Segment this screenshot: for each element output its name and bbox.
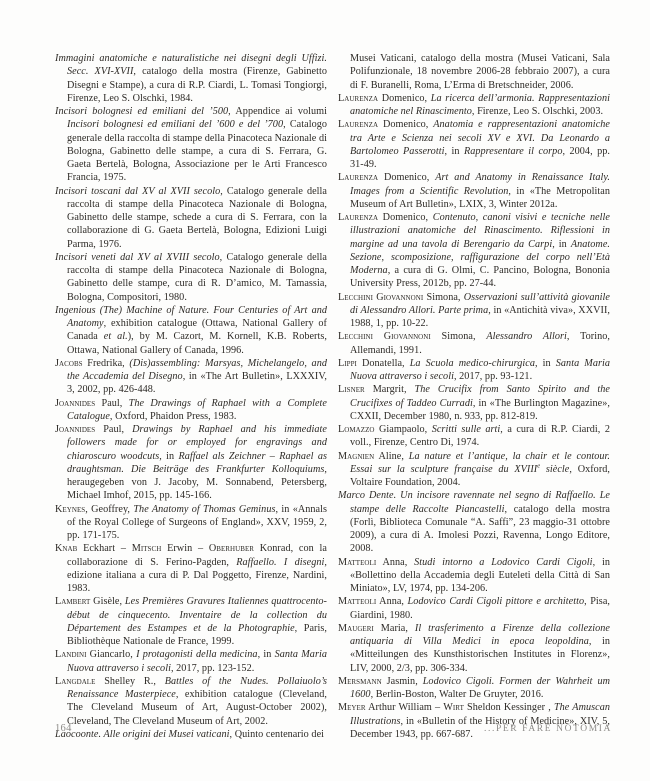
entry-segment: Jasmin, xyxy=(382,676,423,687)
entry-segment: , Oxford, Phaidon Press, 1983. xyxy=(110,411,237,422)
bibliography-entry-continuation: Musei Vaticani, catalogo della mostra (M… xyxy=(338,52,610,92)
entry-segment: Incisori bolognesi ed emiliani del ’500 xyxy=(55,106,228,117)
book-page: Immagini anatomiche e naturalistiche nei… xyxy=(0,0,650,781)
entry-segment: Gisèle, xyxy=(90,596,125,607)
entry-segment: Alessandro Allori xyxy=(486,331,567,342)
bibliography-entry: Immagini anatomiche e naturalistiche nei… xyxy=(55,52,327,105)
bibliography-entry: Matteoli Anna, Studi intorno a Lodovico … xyxy=(338,556,610,596)
bibliography-entry: Lisner Margrit, The Crucifix from Santo … xyxy=(338,383,610,423)
entry-segment: Knab xyxy=(55,543,77,554)
entry-segment: Magnien xyxy=(338,451,374,462)
bibliography-entry: Joannides Paul, Drawings by Raphael and … xyxy=(55,423,327,503)
entry-segment: Eckhart – xyxy=(77,543,131,554)
page-number: 164 xyxy=(55,723,72,734)
entry-segment: Domenico, xyxy=(378,93,431,104)
bibliography-entry: Meyer Arthur William – Wirt Sheldon Kess… xyxy=(338,701,610,741)
bibliography-entry: Laurenza Domenico, Contenuto, canoni vis… xyxy=(338,211,610,291)
entry-segment: Rappresentare il corpo xyxy=(464,146,563,157)
entry-segment: Incisori bolognesi ed emiliani del ’600 … xyxy=(67,119,283,130)
entry-segment: Lecchini Giovannoni xyxy=(338,331,431,342)
entry-segment: Jacobs xyxy=(55,358,83,369)
entry-segment: I protagonisti della medicina xyxy=(136,649,257,660)
bibliography-entry: Lomazzo Giampaolo, Scritti sulle arti, a… xyxy=(338,423,610,450)
entry-segment: Langdale xyxy=(55,676,95,687)
bibliography-entry: Langdale Shelley R., Battles of the Nude… xyxy=(55,675,327,728)
bibliography-entry: Keynes, Geoffrey, The Anatomy of Thomas … xyxy=(55,503,327,543)
bibliography-entry: Magnien Aline, La nature et l’antique, l… xyxy=(338,450,610,490)
entry-segment: , 2017, pp. 123-152. xyxy=(171,663,254,674)
entry-segment: , in xyxy=(552,239,571,250)
entry-segment: Shelley R., xyxy=(95,676,164,687)
bibliography-entry: Lippi Donatella, La Scuola medico-chirur… xyxy=(338,357,610,384)
entry-segment: , in xyxy=(535,358,556,369)
entry-segment: Mitsch xyxy=(132,543,162,554)
bibliography-entry: Incisori toscani dal XV al XVII secolo, … xyxy=(55,185,327,251)
entry-segment: Domenico, xyxy=(378,212,433,223)
entry-segment: Sheldon Kessinger , xyxy=(464,702,554,713)
running-title: ...per fare notomia xyxy=(484,724,612,734)
bibliography-entry: Matteoli Anna, Lodovico Cardi Cigoli pit… xyxy=(338,595,610,622)
bibliography-entry: Landini Giancarlo, I protagonisti della … xyxy=(55,648,327,675)
entry-segment: Joannides xyxy=(55,424,95,435)
bibliography-entry: Incisori bolognesi ed emiliani del ’500,… xyxy=(55,105,327,185)
entry-segment: siècle xyxy=(540,464,569,475)
entry-segment: Lisner xyxy=(338,384,365,395)
entry-segment: Keynes xyxy=(55,504,85,515)
entry-segment: Aline, xyxy=(374,451,409,462)
entry-segment: Musei Vaticani, catalogo della mostra (M… xyxy=(350,53,610,91)
entry-segment: Lomazzo xyxy=(338,424,375,435)
entry-segment: Laurenza xyxy=(338,119,378,130)
entry-segment: Laurenza xyxy=(338,172,378,183)
bibliography-entry: Lambert Gisèle, Les Premières Gravures I… xyxy=(55,595,327,648)
bibliography-entry: Laurenza Domenico, Anatomia e rappresent… xyxy=(338,118,610,171)
bibliography: Immagini anatomiche e naturalistiche nei… xyxy=(55,52,610,741)
entry-segment: , 2017, pp. 93-121. xyxy=(454,371,532,382)
entry-segment: Meyer xyxy=(338,702,366,713)
entry-segment: Mersmann xyxy=(338,676,382,687)
bibliography-entry: Maugeri Maria, Il trasferimento a Firenz… xyxy=(338,622,610,675)
entry-segment: The Anatomy of Thomas Geminus xyxy=(133,504,275,515)
bibliography-entry: Lecchini Giovannoni Simona, Alessandro A… xyxy=(338,330,610,357)
entry-segment: , Appendice ai volumi xyxy=(228,106,327,117)
entry-segment: , a cura di G. Olmi, C. Pancino, Bologna… xyxy=(350,265,610,289)
entry-segment: Fredrika, xyxy=(83,358,130,369)
entry-segment: Maria, xyxy=(374,623,415,634)
bibliography-entry: Mersmann Jasmin, Lodovico Cigoli. Formen… xyxy=(338,675,610,702)
entry-segment: Simona, xyxy=(423,292,464,303)
entry-segment: Donatella, xyxy=(357,358,410,369)
entry-segment: Paul, xyxy=(95,424,132,435)
entry-segment: Lambert xyxy=(55,596,90,607)
entry-segment: Studi intorno a Lodovico Cardi Cigoli xyxy=(414,557,592,568)
entry-segment: Maugeri xyxy=(338,623,374,634)
entry-segment: Raffaello. I disegni xyxy=(236,557,324,568)
entry-segment: Joannides xyxy=(55,398,95,409)
entry-segment: Oberhuber xyxy=(209,543,254,554)
entry-segment: Erwin – xyxy=(161,543,209,554)
entry-segment: , in xyxy=(159,451,178,462)
entry-segment: La Scuola medico-chirurgica xyxy=(410,358,535,369)
bibliography-entry: Ingenious (The) Machine of Nature. Four … xyxy=(55,304,327,357)
bibliography-entry: Laurenza Domenico, Art and Anatomy in Re… xyxy=(338,171,610,211)
entry-segment: Lodovico Cardi Cigoli pittore e architet… xyxy=(408,596,585,607)
bibliography-entry: Knab Eckhart – Mitsch Erwin – Oberhuber … xyxy=(55,542,327,595)
bibliography-entry: Laurenza Domenico, La ricerca dell’armon… xyxy=(338,92,610,119)
entry-segment: , in xyxy=(444,146,463,157)
entry-segment: Anna, xyxy=(376,557,414,568)
entry-segment: , in xyxy=(258,649,275,660)
entry-segment: Paul, xyxy=(95,398,128,409)
bibliography-column-right: Musei Vaticani, catalogo della mostra (M… xyxy=(338,52,610,741)
entry-segment: Arthur William – xyxy=(366,702,444,713)
entry-segment: Matteoli xyxy=(338,596,376,607)
entry-segment: Laurenza xyxy=(338,212,378,223)
entry-segment: , Geoffrey, xyxy=(85,504,133,515)
bibliography-entry: Joannides Paul, The Drawings of Raphael … xyxy=(55,397,327,424)
bibliography-entry: Incisori veneti dal XV al XVIII secolo, … xyxy=(55,251,327,304)
page-footer: 164 ...per fare notomia xyxy=(55,723,612,734)
entry-segment: Anna, xyxy=(376,596,407,607)
entry-segment: Scritti sulle arti xyxy=(432,424,501,435)
entry-segment: Incisori veneti dal XV al XVIII secolo xyxy=(55,252,220,263)
entry-segment: Domenico, xyxy=(378,172,435,183)
entry-segment: Margrit, xyxy=(365,384,415,395)
entry-segment: Incisori toscani dal XV al XVII secolo xyxy=(55,186,220,197)
entry-segment: Simona, xyxy=(431,331,487,342)
entry-segment: , Firenze, Leo S. Olschki, 2003. xyxy=(472,106,603,117)
entry-segment: Domenico, xyxy=(378,119,433,130)
entry-segment: Lippi xyxy=(338,358,357,369)
entry-segment: Laurenza xyxy=(338,93,378,104)
entry-segment: et al. xyxy=(104,331,128,342)
entry-segment: Matteoli xyxy=(338,557,376,568)
entry-segment: Giancarlo, xyxy=(86,649,136,660)
entry-segment: Wirt xyxy=(443,702,464,713)
entry-segment: , Berlin-Boston, Walter De Gruyter, 2016… xyxy=(371,689,544,700)
entry-segment: Giampaolo, xyxy=(375,424,432,435)
bibliography-entry: Jacobs Fredrika, (Dis)assembling: Marsya… xyxy=(55,357,327,397)
bibliography-entry: Marco Dente. Un incisore ravennate nel s… xyxy=(338,489,610,555)
entry-segment: Lecchini Giovannoni xyxy=(338,292,423,303)
bibliography-entry: Lecchini Giovannoni Simona, Osservazioni… xyxy=(338,291,610,331)
entry-segment: Landini xyxy=(55,649,86,660)
bibliography-column-left: Immagini anatomiche e naturalistiche nei… xyxy=(55,52,327,741)
